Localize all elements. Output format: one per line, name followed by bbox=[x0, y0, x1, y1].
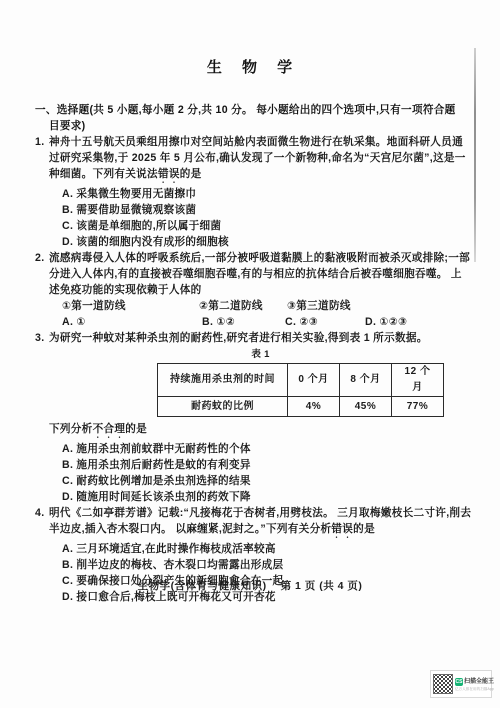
question-3-option-d: D. 随施用时间延长该杀虫剂的药效下降 bbox=[49, 489, 472, 505]
question-3-number: 3. bbox=[35, 330, 44, 346]
question-1-option-d: D. 该菌的细胞内没有成形的细胞核 bbox=[49, 234, 472, 250]
table-1-caption: 表 1 bbox=[49, 348, 472, 361]
table-cell: 0 个月 bbox=[288, 364, 340, 397]
question-3-option-b: B. 施用杀虫剂后耐药性是蚊的有利变异 bbox=[49, 457, 472, 473]
question-2-stem: 流感病毒侵入人体的呼吸系统后,一部分被呼吸道黏膜上的黏液吸附而被杀灭或排除;一部… bbox=[49, 252, 470, 296]
question-2-choice-c: C. ②③ bbox=[285, 314, 365, 330]
page-footer: 生物学(含体育与健康知识)第 1 页 (共 4 页) bbox=[0, 578, 500, 593]
question-3-followup-emphasis: 不合理 bbox=[93, 423, 126, 435]
scanned-page: 生 物 学 一、选择题(共 5 小题,每小题 2 分,共 10 分。 每小题给出… bbox=[0, 0, 500, 708]
footer-subject: 生物学(含体育与健康知识) bbox=[138, 580, 267, 592]
scan-edge-line bbox=[474, 48, 476, 262]
qr-code-icon bbox=[433, 674, 453, 694]
question-1-number: 1. bbox=[35, 134, 44, 150]
question-3-option-a: A. 施用杀虫剂前蚊群中无耐药性的个体 bbox=[49, 441, 472, 457]
section-heading-line2: 目要求) bbox=[35, 118, 472, 134]
question-1-option-c: C. 该菌是单细胞的,所以属于细菌 bbox=[49, 218, 472, 234]
question-1-option-a: A. 采集微生物要用无菌擦巾 bbox=[49, 186, 472, 202]
question-4-stem-emphasis: 错误 bbox=[331, 523, 353, 535]
question-2-item-1: ①第一道防线 bbox=[62, 298, 199, 314]
question-4-number: 4. bbox=[35, 505, 44, 521]
section-heading-line1: 一、选择题(共 5 小题,每小题 2 分,共 10 分。 每小题给出的四个选项中… bbox=[35, 104, 456, 116]
question-2-item-3: ③第三道防线 bbox=[287, 298, 351, 314]
question-1-stem-end: 的是 bbox=[180, 168, 202, 180]
question-2-item-2: ②第二道防线 bbox=[199, 298, 287, 314]
question-4-option-b: B. 削半边皮的梅枝、杏木裂口均需露出形成层 bbox=[49, 557, 472, 573]
question-1-stem: 神舟十五号航天员乘组用擦巾对空间站舱内表面微生物进行在轨采集。地面科研人员通过研… bbox=[49, 136, 466, 180]
watermark-text-block: CS 扫描全能王 亿万人都在用的扫描App bbox=[455, 678, 498, 691]
camscanner-logo-icon: CS bbox=[455, 678, 463, 686]
table-row: 持续施用杀虫剂的时间 0 个月 8 个月 12 个月 bbox=[158, 364, 444, 397]
question-2-choice-b: B. ①② bbox=[202, 314, 285, 330]
question-2-items: ①第一道防线 ②第二道防线 ③第三道防线 bbox=[49, 298, 472, 314]
section-heading: 一、选择题(共 5 小题,每小题 2 分,共 10 分。 每小题给出的四个选项中… bbox=[35, 102, 472, 134]
question-1-stem-emphasis: 错误 bbox=[158, 168, 180, 180]
table-cell: 4% bbox=[288, 397, 340, 417]
question-3-option-c: C. 耐药蚊比例增加是杀虫剂选择的结果 bbox=[49, 473, 472, 489]
question-4-option-a: A. 三月环境适宜,在此时操作梅枝成活率较高 bbox=[49, 541, 472, 557]
table-cell: 12 个月 bbox=[392, 364, 444, 397]
question-2-choices: A. ① B. ①② C. ②③ D. ①②③ bbox=[49, 314, 472, 330]
table-cell-header: 持续施用杀虫剂的时间 bbox=[158, 364, 288, 397]
table-cell: 77% bbox=[392, 397, 444, 417]
table-row: 耐药蚊的比例 4% 45% 77% bbox=[158, 397, 444, 417]
watermark-subtext: 亿万人都在用的扫描App bbox=[455, 686, 494, 691]
question-3: 3. 为研究一种蚊对某种杀虫剂的耐药性,研究者进行相关实验,得到表 1 所示数据… bbox=[35, 330, 472, 505]
table-1: 持续施用杀虫剂的时间 0 个月 8 个月 12 个月 耐药蚊的比例 4% 45%… bbox=[157, 363, 444, 417]
question-3-followup-end: 的是 bbox=[125, 423, 147, 435]
watermark-brand: 扫描全能王 bbox=[464, 678, 494, 686]
page-title: 生 物 学 bbox=[35, 60, 472, 76]
camscanner-watermark: CS 扫描全能王 亿万人都在用的扫描App bbox=[430, 670, 492, 698]
question-1: 1. 神舟十五号航天员乘组用擦巾对空间站舱内表面微生物进行在轨采集。地面科研人员… bbox=[35, 134, 472, 250]
table-cell: 45% bbox=[340, 397, 392, 417]
footer-page-number: 第 1 页 (共 4 页) bbox=[281, 580, 363, 592]
table-cell-header: 耐药蚊的比例 bbox=[158, 397, 288, 417]
question-3-followup-pre: 下列分析 bbox=[49, 423, 93, 435]
question-4-stem-end: 的是 bbox=[353, 523, 375, 535]
question-2-choice-a: A. ① bbox=[62, 314, 202, 330]
question-4-stem: 明代《二如亭群芳谱》记载:“凡接梅花于杏树者,用劈枝法。 三月取梅嫩枝长二寸许,… bbox=[49, 507, 471, 535]
table-cell: 8 个月 bbox=[340, 364, 392, 397]
question-2-choice-d: D. ①②③ bbox=[365, 314, 407, 330]
question-2: 2. 流感病毒侵入人体的呼吸系统后,一部分被呼吸道黏膜上的黏液吸附而被杀灭或排除… bbox=[35, 250, 472, 330]
page-content: 生 物 学 一、选择题(共 5 小题,每小题 2 分,共 10 分。 每小题给出… bbox=[35, 60, 472, 605]
question-2-number: 2. bbox=[35, 250, 44, 266]
question-3-followup: 下列分析不合理的是 bbox=[49, 421, 472, 441]
question-1-option-b: B. 需要借助显微镜观察该菌 bbox=[49, 202, 472, 218]
question-3-stem: 为研究一种蚊对某种杀虫剂的耐药性,研究者进行相关实验,得到表 1 所示数据。 bbox=[49, 332, 428, 344]
